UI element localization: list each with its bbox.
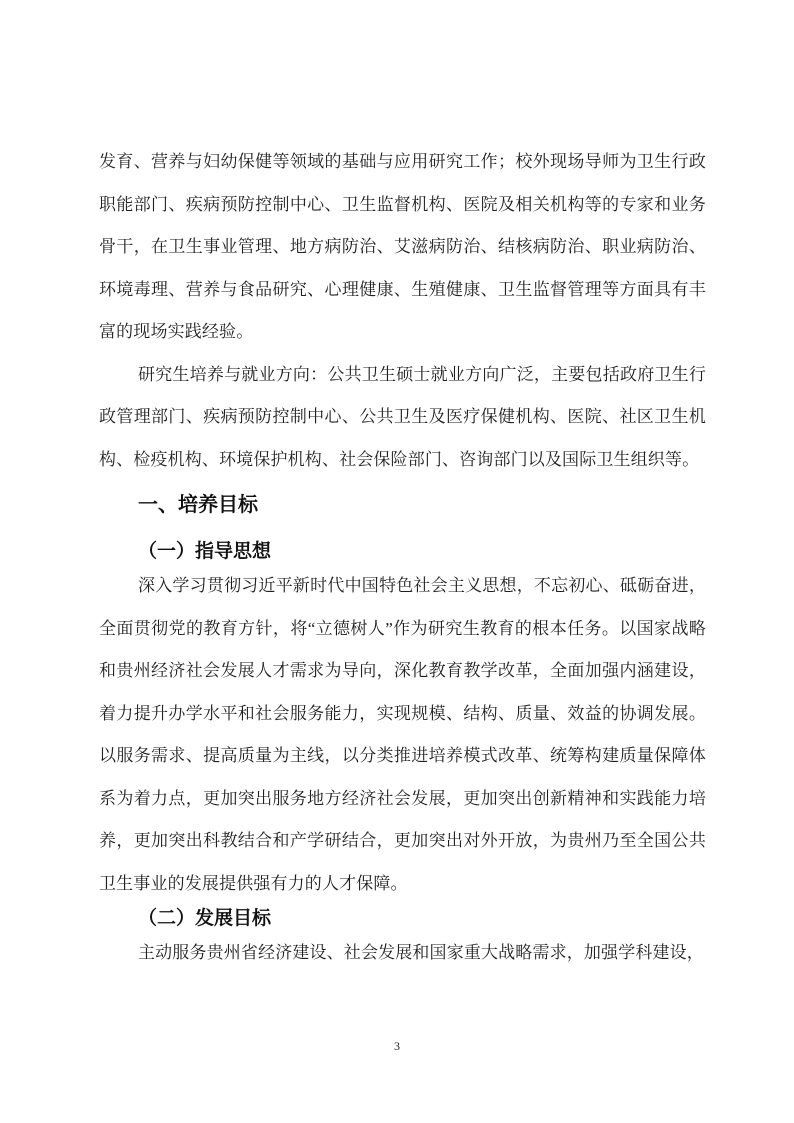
subsection-heading-development-goals: （二）发展目标 (99, 906, 706, 932)
paragraph-employment-directions: 研究生培养与就业方向：公共卫生硕士就业方向广泛，主要包括政府卫生行政管理部门、疾… (99, 354, 706, 482)
page-number: 3 (394, 1039, 400, 1053)
section-heading-training-objectives: 一、培养目标 (99, 492, 706, 518)
paragraph-development-goals: 主动服务贵州省经济建设、社会发展和国家重大战略需求，加强学科建设， (99, 932, 706, 975)
paragraph-guiding-ideology: 深入学习贯彻习近平新时代中国特色社会主义思想，不忘初心、砥砺奋进，全面贯彻党的教… (99, 565, 706, 905)
subsection-heading-guiding-ideology: （一）指导思想 (99, 539, 706, 565)
paragraph-mentor-experience-continuation: 发育、营养与妇幼保健等领域的基础与应用研究工作；校外现场导师为卫生行政职能部门、… (99, 141, 706, 354)
page-footer: 3 (0, 1038, 794, 1054)
page-content: 发育、营养与妇幼保健等领域的基础与应用研究工作；校外现场导师为卫生行政职能部门、… (99, 141, 706, 975)
document-page: 发育、营养与妇幼保健等领域的基础与应用研究工作；校外现场导师为卫生行政职能部门、… (0, 0, 794, 1123)
